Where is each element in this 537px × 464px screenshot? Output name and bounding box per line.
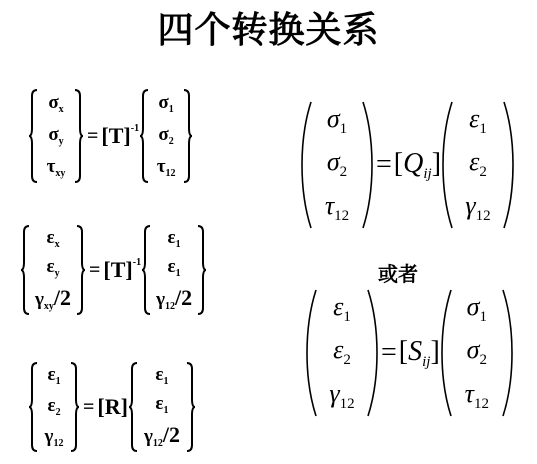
rhs-term: ε1 [155, 365, 168, 387]
right-brace-icon [70, 361, 80, 453]
right-brace-icon [183, 88, 193, 184]
equals-sign: = [381, 337, 397, 369]
lhs-term: σ2 [327, 149, 347, 180]
lhs-term: σ1 [327, 106, 347, 137]
right-paren-icon [502, 288, 514, 418]
rhs-term: γ12/2 [144, 424, 180, 449]
lhs-term: τxy [47, 157, 66, 179]
rhs-term: ε1 [168, 257, 181, 279]
lhs-term: ε2 [47, 396, 60, 418]
lhs-term: σy [48, 125, 63, 147]
lhs-term: ε2 [333, 337, 351, 368]
left-brace-icon [20, 224, 30, 316]
left-brace-icon [28, 361, 38, 453]
lhs-term: γ12 [329, 381, 354, 412]
rhs-term: σ2 [467, 337, 487, 368]
lhs-term: σx [48, 93, 63, 115]
rhs-term: γ12 [465, 193, 490, 224]
rhs-term: τ12 [465, 381, 489, 412]
rhs-term: ε1 [469, 106, 487, 137]
stress-transform-equation: σx σy τxy = [T]-1 σ1 σ2 τ12 [28, 88, 193, 184]
left-paren-icon [441, 100, 453, 230]
lhs-term: τ12 [325, 193, 349, 224]
left-paren-icon [440, 288, 452, 418]
equals-sign: = [87, 125, 98, 148]
page-title: 四个转换关系 [0, 2, 537, 53]
left-brace-icon [28, 88, 38, 184]
right-brace-icon [186, 361, 196, 453]
left-brace-icon [139, 88, 149, 184]
compliance-equation: ε1 ε2 γ12 = [Sij] σ1 σ2 τ12 [305, 288, 514, 418]
lhs-term: γ12 [45, 427, 64, 449]
rhs-term: ε2 [469, 149, 487, 180]
right-brace-icon [74, 88, 84, 184]
equals-sign: = [89, 259, 100, 282]
rhs-term: σ2 [158, 125, 173, 147]
transformation-matrix: [T]-1 [103, 257, 141, 283]
right-brace-icon [76, 224, 86, 316]
right-paren-icon [503, 100, 515, 230]
equals-sign: = [376, 149, 392, 181]
strain-transform-equation: εx εy γxy/2 = [T]-1 ε1 ε1 γ12/2 [20, 224, 207, 316]
lhs-term: εy [46, 257, 59, 279]
lhs-term: ε1 [333, 294, 351, 325]
rhs-term: σ1 [467, 294, 487, 325]
lhs-term: γxy/2 [35, 287, 71, 312]
left-brace-icon [141, 224, 151, 316]
rhs-term: γ12/2 [156, 287, 192, 312]
equals-sign: = [83, 396, 94, 419]
connector-text: 或者 [378, 258, 418, 287]
reuter-matrix-equation: ε1 ε2 γ12 = [R] ε1 ε1 γ12/2 [28, 361, 196, 453]
compliance-matrix: [Sij] [399, 336, 440, 371]
stiffness-matrix: [Qij] [394, 148, 441, 183]
right-paren-icon [362, 100, 374, 230]
left-paren-icon [300, 100, 312, 230]
rhs-term: ε1 [155, 394, 168, 416]
right-paren-icon [367, 288, 379, 418]
transformation-matrix: [T]-1 [101, 123, 139, 149]
reuter-matrix: [R] [97, 394, 128, 420]
lhs-term: εx [46, 228, 59, 250]
left-brace-icon [128, 361, 138, 453]
stiffness-equation: σ1 σ2 τ12 = [Qij] ε1 ε2 γ12 [300, 100, 515, 230]
right-brace-icon [197, 224, 207, 316]
rhs-term: ε1 [168, 228, 181, 250]
rhs-term: τ12 [157, 157, 176, 179]
rhs-term: σ1 [158, 93, 173, 115]
left-paren-icon [305, 288, 317, 418]
lhs-term: ε1 [47, 365, 60, 387]
